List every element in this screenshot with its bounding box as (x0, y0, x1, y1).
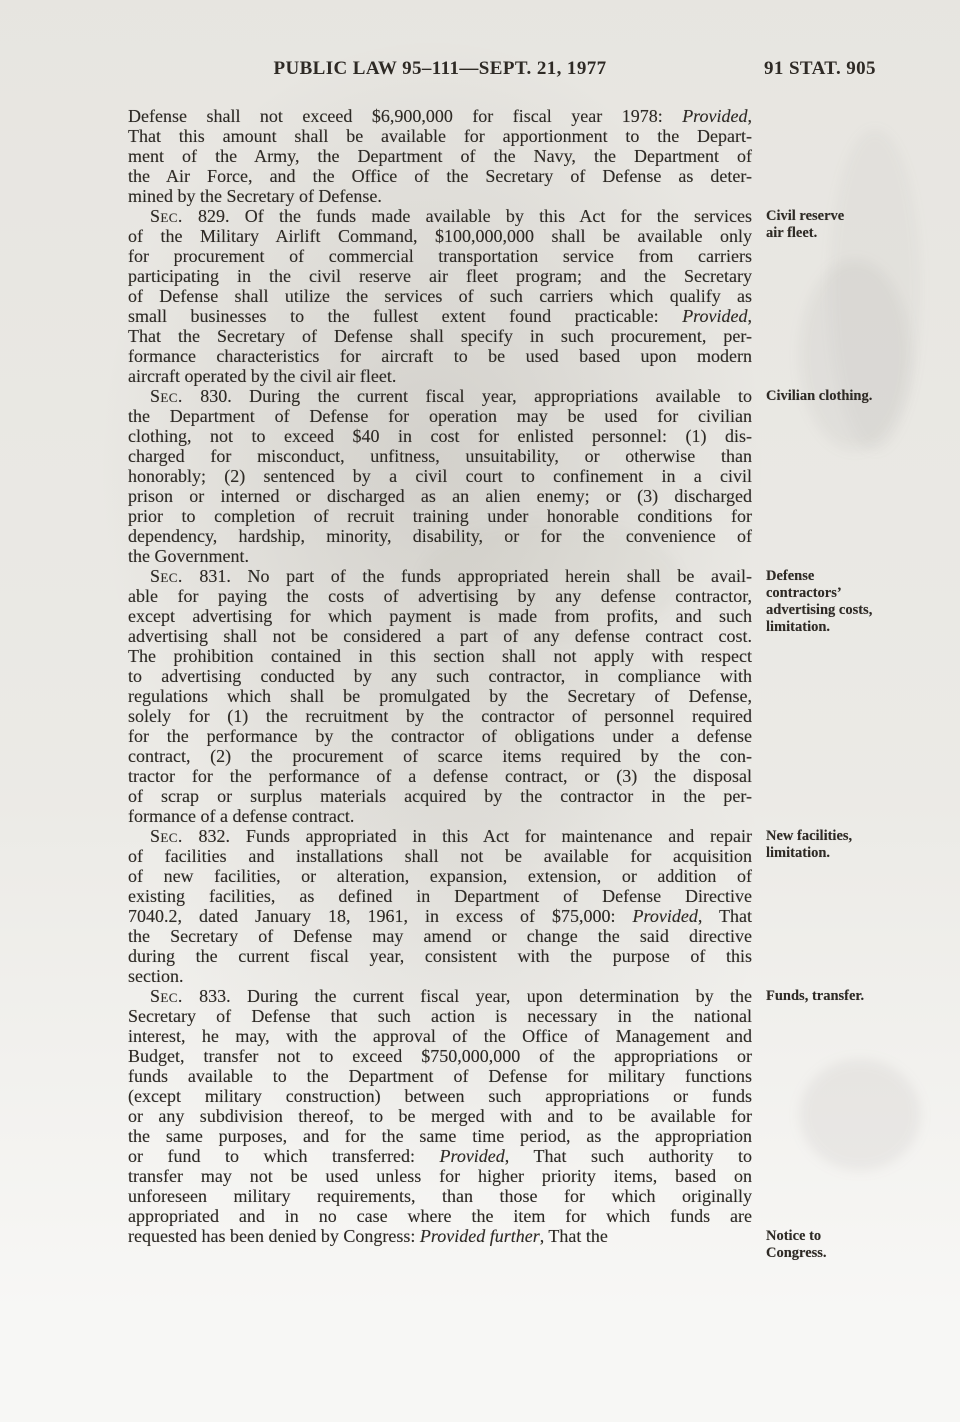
italic-run: Provided (633, 906, 698, 926)
text-line: the Secretary of Defense may amend or ch… (128, 926, 752, 946)
text-run: contract, (2) the procurement of scarce … (128, 746, 752, 766)
paragraph-continuation: Defense shall not exceed $6,900,000 for … (128, 106, 752, 206)
text-run: regulations which shall be promulgated b… (128, 686, 752, 706)
margin-note-line: Congress. (766, 1245, 898, 1262)
text-line: prison or interned or discharged as an a… (128, 486, 752, 506)
text-run: 833. During the current fiscal year, upo… (183, 986, 752, 1006)
text-run: charged for misconduct, unfitness, unsui… (128, 446, 752, 466)
running-head-law-title: PUBLIC LAW 95–111—SEPT. 21, 1977 (128, 58, 752, 80)
text-line: 7040.2, dated January 18, 1961, in exces… (128, 906, 752, 926)
text-run: participating in the civil reserve air f… (128, 266, 752, 286)
smallcaps-run: Sec. (150, 386, 183, 406)
text-line: ment of the Army, the Department of the … (128, 146, 752, 166)
text-line: tractor for the performance of a defense… (128, 766, 752, 786)
text-line: except advertising for which payment is … (128, 606, 752, 626)
text-run: to advertising conducted by any such con… (128, 666, 752, 686)
text-run: or any subdivision thereof, to be merged… (128, 1106, 752, 1126)
text-run: , That such authority to (505, 1146, 752, 1166)
text-run: , (748, 106, 753, 126)
text-run: the Department of Defense for operation … (128, 406, 752, 426)
text-run: the Air Force, and the Office of the Sec… (128, 166, 752, 186)
text-run: for the performance by the contractor of… (128, 726, 752, 746)
text-line: solely for (1) the recruitment by the co… (128, 706, 752, 726)
text-run: prison or interned or discharged as an a… (128, 486, 752, 506)
text-line: of the Military Airlift Command, $100,00… (128, 226, 752, 246)
margin-note-line: limitation. (766, 619, 898, 636)
margin-note: New facilities,limitation. (766, 828, 898, 862)
text-line: Budget, transfer not to exceed $750,000,… (128, 1046, 752, 1066)
text-line: That this amount shall be available for … (128, 126, 752, 146)
text-run: 832. Funds appropriated in this Act for … (183, 826, 752, 846)
text-run: The prohibition contained in this sectio… (128, 646, 752, 666)
text-line: the Department of Defense for operation … (128, 406, 752, 426)
text-line: interest, he may, with the approval of t… (128, 1026, 752, 1046)
text-line: contract, (2) the procurement of scarce … (128, 746, 752, 766)
text-line: of new facilities, or alteration, expans… (128, 866, 752, 886)
margin-note-line: Defense (766, 568, 898, 585)
text-run: honorably; (2) sentenced by a civil cour… (128, 466, 752, 486)
margin-note-line: Funds, transfer. (766, 988, 898, 1005)
text-run: of new facilities, or alteration, expans… (128, 866, 752, 886)
scan-artifact (800, 1060, 920, 1170)
margin-note: Defensecontractors’advertising costs,lim… (766, 568, 898, 636)
text-line: aircraft operated by the civil air fleet… (128, 366, 752, 386)
paragraph-sec-832: Sec. 832. Funds appropriated in this Act… (128, 826, 752, 986)
text-line: the same purposes, and for the same time… (128, 1126, 752, 1146)
text-line: dependency, hardship, minority, disabili… (128, 526, 752, 546)
text-line: honorably; (2) sentenced by a civil cour… (128, 466, 752, 486)
text-run: prior to completion of recruit training … (128, 506, 752, 526)
text-line: Sec. 831. No part of the funds appropria… (128, 566, 752, 586)
text-run: requested has been denied by Congress: (128, 1226, 420, 1246)
margin-note: Funds, transfer. (766, 988, 898, 1005)
text-run: , (748, 306, 753, 326)
margin-note-line: Civil reserve (766, 208, 898, 225)
statute-page: PUBLIC LAW 95–111—SEPT. 21, 1977 91 STAT… (0, 0, 960, 1422)
margin-note: Civilian clothing. (766, 388, 898, 405)
paragraph-sec-833: Sec. 833. During the current fiscal year… (128, 986, 752, 1246)
text-line: of scrap or surplus materials acquired b… (128, 786, 752, 806)
text-line: formance of a defense contract. (128, 806, 752, 826)
text-run: the Government. (128, 546, 249, 566)
text-line: regulations which shall be promulgated b… (128, 686, 752, 706)
text-run: (except military construction) between s… (128, 1086, 752, 1106)
margin-note-line: Civilian clothing. (766, 388, 898, 405)
text-line: participating in the civil reserve air f… (128, 266, 752, 286)
text-run: the Secretary of Defense may amend or ch… (128, 926, 752, 946)
text-run: funds available to the Department of Def… (128, 1066, 752, 1086)
text-run: , That (698, 906, 752, 926)
text-run: advertising shall not be considered a pa… (128, 626, 752, 646)
text-line: Sec. 830. During the current fiscal year… (128, 386, 752, 406)
text-line: Defense shall not exceed $6,900,000 for … (128, 106, 752, 126)
text-run: during the current fiscal year, consiste… (128, 946, 752, 966)
body-column: Defense shall not exceed $6,900,000 for … (128, 106, 752, 1246)
text-line: Sec. 829. Of the funds made available by… (128, 206, 752, 226)
text-run: clothing, not to exceed $40 in cost for … (128, 426, 752, 446)
text-line: or any subdivision thereof, to be merged… (128, 1106, 752, 1126)
text-run: dependency, hardship, minority, disabili… (128, 526, 752, 546)
smallcaps-run: Sec. (150, 206, 183, 226)
text-run: That this amount shall be available for … (128, 126, 752, 146)
text-run: Secretary of Defense that such action is… (128, 1006, 752, 1026)
text-run: of Defense shall utilize the services of… (128, 286, 752, 306)
text-run: the same purposes, and for the same time… (128, 1126, 752, 1146)
text-line: (except military construction) between s… (128, 1086, 752, 1106)
text-line: transfer may not be used unless for high… (128, 1166, 752, 1186)
text-line: The prohibition contained in this sectio… (128, 646, 752, 666)
margin-note-line: New facilities, (766, 828, 898, 845)
text-run: transfer may not be used unless for high… (128, 1166, 752, 1186)
text-line: for the performance by the contractor of… (128, 726, 752, 746)
text-run: of scrap or surplus materials acquired b… (128, 786, 752, 806)
text-line: for procurement of commercial transporta… (128, 246, 752, 266)
text-run: interest, he may, with the approval of t… (128, 1026, 752, 1046)
text-line: funds available to the Department of Def… (128, 1066, 752, 1086)
text-line: formance characteristics for aircraft to… (128, 346, 752, 366)
text-run: mined by the Secretary of Defense. (128, 186, 382, 206)
text-run: section. (128, 966, 184, 986)
text-line: advertising shall not be considered a pa… (128, 626, 752, 646)
text-line: clothing, not to exceed $40 in cost for … (128, 426, 752, 446)
margin-note-line: air fleet. (766, 225, 898, 242)
text-run: of facilities and installations shall no… (128, 846, 752, 866)
scan-artifact (800, 260, 910, 450)
text-run: except advertising for which payment is … (128, 606, 752, 626)
text-run: 829. Of the funds made available by this… (183, 206, 752, 226)
text-line: That the Secretary of Defense shall spec… (128, 326, 752, 346)
text-run: of the Military Airlift Command, $100,00… (128, 226, 752, 246)
text-line: of facilities and installations shall no… (128, 846, 752, 866)
text-run: , That the (540, 1226, 608, 1246)
text-line: section. (128, 966, 752, 986)
text-line: the Air Force, and the Office of the Sec… (128, 166, 752, 186)
text-line: Secretary of Defense that such action is… (128, 1006, 752, 1026)
italic-run: Provided (439, 1146, 504, 1166)
smallcaps-run: Sec. (150, 566, 183, 586)
text-run: formance of a defense contract. (128, 806, 354, 826)
text-run: tractor for the performance of a defense… (128, 766, 752, 786)
text-run: aircraft operated by the civil air fleet… (128, 366, 396, 386)
stat-citation: 91 STAT. 905 (764, 58, 876, 80)
text-line: during the current fiscal year, consiste… (128, 946, 752, 966)
italic-run: Provided further (420, 1226, 540, 1246)
margin-note: Notice toCongress. (766, 1228, 898, 1262)
text-line: prior to completion of recruit training … (128, 506, 752, 526)
text-run: unforeseen military requirements, than t… (128, 1186, 752, 1206)
text-run: ment of the Army, the Department of the … (128, 146, 752, 166)
paragraph-sec-829: Sec. 829. Of the funds made available by… (128, 206, 752, 386)
italic-run: Provided (682, 106, 747, 126)
text-run: 830. During the current fiscal year, app… (183, 386, 752, 406)
text-line: unforeseen military requirements, than t… (128, 1186, 752, 1206)
margin-note: Civil reserveair fleet. (766, 208, 898, 242)
text-line: of Defense shall utilize the services of… (128, 286, 752, 306)
text-run: for procurement of commercial transporta… (128, 246, 752, 266)
margin-note-line: contractors’ (766, 585, 898, 602)
text-line: Sec. 832. Funds appropriated in this Act… (128, 826, 752, 846)
text-run: Budget, transfer not to exceed $750,000,… (128, 1046, 752, 1066)
text-run: solely for (1) the recruitment by the co… (128, 706, 752, 726)
text-line: able for paying the costs of advertising… (128, 586, 752, 606)
text-run: or fund to which transferred: (128, 1146, 439, 1166)
text-run: existing facilities, as defined in Depar… (128, 886, 752, 906)
text-line: appropriated and in no case where the it… (128, 1206, 752, 1226)
margin-note-line: advertising costs, (766, 602, 898, 619)
text-line: Sec. 833. During the current fiscal year… (128, 986, 752, 1006)
margin-note-line: Notice to (766, 1228, 898, 1245)
paragraph-sec-830: Sec. 830. During the current fiscal year… (128, 386, 752, 566)
text-line: small businesses to the fullest extent f… (128, 306, 752, 326)
italic-run: Provided (682, 306, 747, 326)
text-line: the Government. (128, 546, 752, 566)
text-run: appropriated and in no case where the it… (128, 1206, 752, 1226)
text-run: formance characteristics for aircraft to… (128, 346, 752, 366)
paragraph-sec-831: Sec. 831. No part of the funds appropria… (128, 566, 752, 826)
text-line: requested has been denied by Congress: P… (128, 1226, 752, 1246)
text-line: or fund to which transferred: Provided, … (128, 1146, 752, 1166)
text-line: to advertising conducted by any such con… (128, 666, 752, 686)
smallcaps-run: Sec. (150, 826, 183, 846)
text-line: mined by the Secretary of Defense. (128, 186, 752, 206)
text-run: able for paying the costs of advertising… (128, 586, 752, 606)
text-run: 831. No part of the funds appropriated h… (183, 566, 752, 586)
text-line: existing facilities, as defined in Depar… (128, 886, 752, 906)
text-run: Defense shall not exceed $6,900,000 for … (128, 106, 682, 126)
text-run: 7040.2, dated January 18, 1961, in exces… (128, 906, 633, 926)
text-line: charged for misconduct, unfitness, unsui… (128, 446, 752, 466)
margin-note-line: limitation. (766, 845, 898, 862)
smallcaps-run: Sec. (150, 986, 183, 1006)
text-run: That the Secretary of Defense shall spec… (128, 326, 752, 346)
text-run: small businesses to the fullest extent f… (128, 306, 682, 326)
